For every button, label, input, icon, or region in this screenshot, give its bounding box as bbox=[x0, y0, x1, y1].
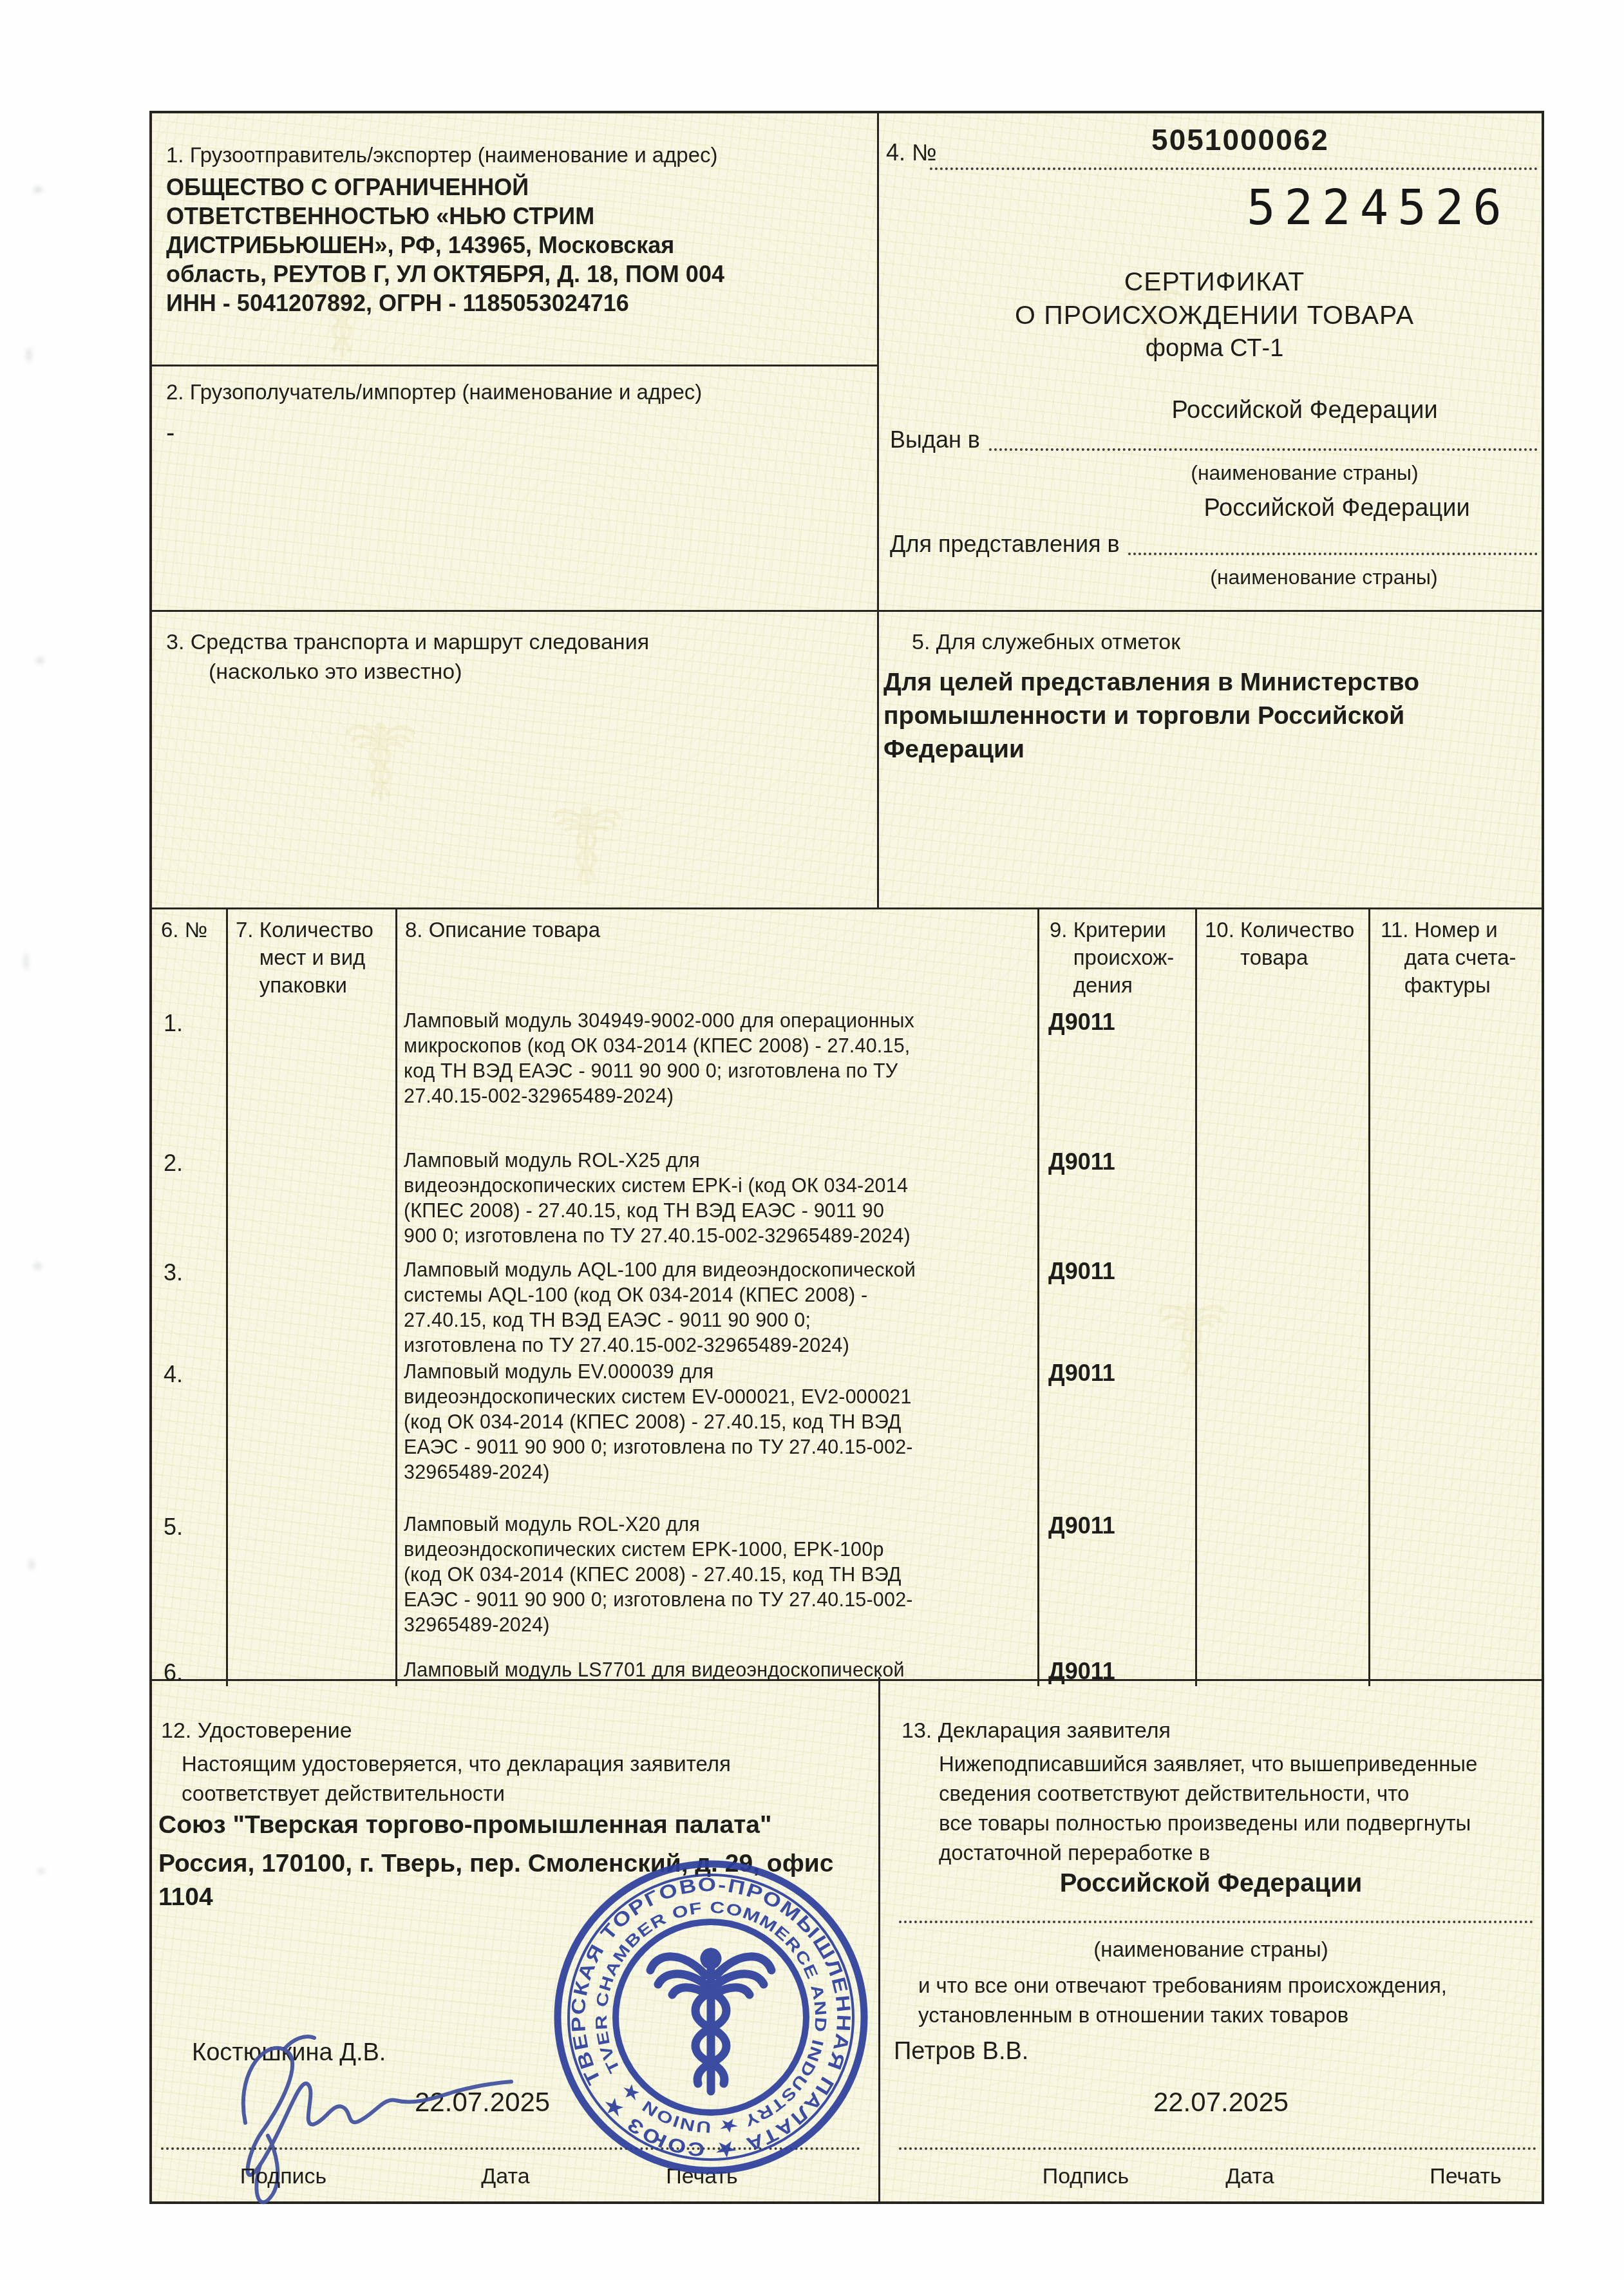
certificate-title-line2: О ПРОИСХОЖДЕНИИ ТОВАРА bbox=[889, 300, 1540, 330]
box12-sig-label: Подпись bbox=[219, 2164, 348, 2189]
box5-label: 5. Для служебных отметок bbox=[912, 630, 1180, 655]
watermark-caduceus bbox=[551, 796, 622, 893]
box13-sig-label: Подпись bbox=[1021, 2164, 1150, 2189]
row4-num: 4. bbox=[152, 1357, 228, 1510]
scan-noise bbox=[37, 1868, 45, 1874]
box13-statement2: и что все они отвечают требованиям проис… bbox=[918, 1971, 1447, 2030]
box13-signature-dotline bbox=[899, 2147, 1536, 2150]
box1-label: 1. Грузоотправитель/экспортер (наименова… bbox=[166, 142, 718, 169]
box5-service-note: Для целей представления в Министерство п… bbox=[883, 666, 1419, 766]
box4-blank-number: 5224526 bbox=[1247, 180, 1511, 236]
row3-invoice bbox=[1370, 1255, 1542, 1357]
row5-packages bbox=[228, 1510, 397, 1655]
box13-stamp-label: Печать bbox=[1401, 2164, 1530, 2189]
row2-criteria: Д9011 bbox=[1039, 1146, 1197, 1255]
row3-packages bbox=[228, 1255, 397, 1357]
box3-label-line2: (насколько это известно) bbox=[209, 658, 462, 685]
row2-invoice bbox=[1370, 1146, 1542, 1255]
scan-noise bbox=[26, 348, 32, 362]
row2-quantity bbox=[1197, 1146, 1370, 1255]
presented-to-label: Для представления в bbox=[890, 531, 1120, 558]
box12-org-name: Союз "Тверская торгово-промышленная пала… bbox=[158, 1811, 772, 1839]
row6-quantity bbox=[1197, 1655, 1370, 1686]
box12-statement: Настоящим удостоверяется, что декларация… bbox=[182, 1749, 731, 1809]
divider-upper-vertical bbox=[877, 113, 879, 907]
col9-header: 9. Критерии происхож- дения bbox=[1039, 909, 1197, 1006]
col7-header: 7. Количество мест и вид упаковки bbox=[228, 909, 397, 1006]
page: { "box1": { "label": "1. Грузоотправител… bbox=[0, 0, 1624, 2280]
col8-header-text: 8. Описание товара bbox=[405, 918, 600, 942]
row4-criteria: Д9011 bbox=[1039, 1357, 1197, 1510]
scan-noise bbox=[36, 657, 44, 664]
row1-num: 1. bbox=[152, 1006, 228, 1146]
box4-number-label: 4. № bbox=[886, 139, 937, 166]
box13-country-dotline bbox=[899, 1921, 1533, 1923]
row2-description: Ламповый модуль ROL-X25 для видеоэндоско… bbox=[397, 1146, 1039, 1255]
row5-num: 5. bbox=[152, 1510, 228, 1655]
watermark-caduceus bbox=[345, 712, 416, 809]
col10-header-text: 10. Количество товара bbox=[1205, 916, 1368, 971]
row3-quantity bbox=[1197, 1255, 1370, 1357]
col6-header: 6. № bbox=[152, 909, 228, 1006]
handwritten-signature bbox=[223, 2000, 532, 2226]
certificate-document: 1. Грузоотправитель/экспортер (наименова… bbox=[149, 111, 1544, 2204]
box4-number-dotline bbox=[930, 167, 1538, 170]
row5-criteria: Д9011 bbox=[1039, 1510, 1197, 1655]
certificate-title-line3: форма СТ-1 bbox=[889, 335, 1540, 363]
box13-statement: Нижеподписавшийся заявляет, что вышеприв… bbox=[939, 1749, 1477, 1868]
box4-registration-number: 5051000062 bbox=[1131, 122, 1350, 157]
divider-middle bbox=[152, 610, 1542, 612]
col11-header: 11. Номер и дата счета- фактуры bbox=[1370, 909, 1542, 1006]
box13-signer-name: Петров В.В. bbox=[894, 2038, 1028, 2066]
issued-in-dotline bbox=[989, 448, 1538, 451]
scan-noise bbox=[33, 1262, 42, 1270]
row4-invoice bbox=[1370, 1357, 1542, 1510]
row6-invoice bbox=[1370, 1655, 1542, 1686]
col11-header-text: 11. Номер и дата счета- фактуры bbox=[1381, 916, 1542, 999]
row1-packages bbox=[228, 1006, 397, 1146]
goods-table: 6. № 7. Количество мест и вид упаковки 8… bbox=[152, 907, 1542, 1681]
certificate-title-line1: СЕРТИФИКАТ bbox=[889, 267, 1540, 297]
row1-invoice bbox=[1370, 1006, 1542, 1146]
row2-packages bbox=[228, 1146, 397, 1255]
scan-noise bbox=[23, 953, 29, 970]
row4-packages bbox=[228, 1357, 397, 1510]
row4-description: Ламповый модуль EV.000039 для видеоэндос… bbox=[397, 1357, 1039, 1510]
scan-noise bbox=[28, 1559, 35, 1570]
box13-date-value: 22.07.2025 bbox=[1137, 2087, 1305, 2118]
box3-label-line1: 3. Средства транспорта и маршрут следова… bbox=[166, 629, 649, 656]
box13-date-label: Дата bbox=[1185, 2164, 1314, 2189]
row6-packages bbox=[228, 1655, 397, 1686]
chamber-round-stamp: ТВЕРСКАЯ ТОРГОВО-ПРОМЫШЛЕННАЯ ПАЛАТА ★ С… bbox=[550, 1856, 872, 2178]
col10-header: 10. Количество товара bbox=[1197, 909, 1370, 1006]
box2-label: 2. Грузополучатель/импортер (наименовани… bbox=[166, 379, 702, 406]
box13-country-value: Российской Федерации bbox=[880, 1869, 1542, 1898]
row3-criteria: Д9011 bbox=[1039, 1255, 1197, 1357]
issued-in-label: Выдан в bbox=[890, 426, 980, 453]
box13-label: 13. Декларация заявителя bbox=[902, 1718, 1171, 1743]
row6-num: 6. bbox=[152, 1655, 228, 1686]
row1-criteria: Д9011 bbox=[1039, 1006, 1197, 1146]
row6-criteria: Д9011 bbox=[1039, 1655, 1197, 1686]
row3-description: Ламповый модуль AQL-100 для видеоэндоско… bbox=[397, 1255, 1039, 1357]
presented-to-dotline bbox=[1128, 553, 1538, 555]
col8-header: 8. Описание товара bbox=[397, 909, 1039, 1006]
scan-noise bbox=[33, 187, 42, 193]
divider-box1-box2 bbox=[152, 365, 877, 366]
box12-label: 12. Удостоверение bbox=[161, 1718, 352, 1743]
row6-description: Ламповый модуль LS7701 для видеоэндоскоп… bbox=[397, 1655, 1039, 1686]
box2-importer-value: - bbox=[166, 419, 175, 448]
box1-exporter-value: ОБЩЕСТВО С ОГРАНИЧЕННОЙ ОТВЕТСТВЕННОСТЬЮ… bbox=[166, 173, 724, 318]
box13-country-hint: (наименование страны) bbox=[880, 1935, 1542, 1964]
row5-quantity bbox=[1197, 1510, 1370, 1655]
row4-quantity bbox=[1197, 1357, 1370, 1510]
col7-header-text: 7. Количество мест и вид упаковки bbox=[236, 916, 395, 999]
row1-quantity bbox=[1197, 1006, 1370, 1146]
issued-country-hint: (наименование страны) bbox=[1066, 461, 1543, 485]
row5-description: Ламповый модуль ROL-X20 для видеоэндоско… bbox=[397, 1510, 1039, 1655]
stamp-caduceus-icon bbox=[650, 1952, 771, 2091]
row1-description: Ламповый модуль 304949-9002-000 для опер… bbox=[397, 1006, 1039, 1146]
issued-in-value: Российской Федерации bbox=[1066, 397, 1543, 424]
presented-country-hint: (наименование страны) bbox=[1105, 565, 1543, 589]
row3-num: 3. bbox=[152, 1255, 228, 1357]
row2-num: 2. bbox=[152, 1146, 228, 1255]
presented-to-value: Российской Федерации bbox=[1131, 495, 1543, 522]
col6-header-text: 6. № bbox=[161, 918, 207, 942]
col9-header-text: 9. Критерии происхож- дения bbox=[1050, 916, 1195, 999]
row5-invoice bbox=[1370, 1510, 1542, 1655]
